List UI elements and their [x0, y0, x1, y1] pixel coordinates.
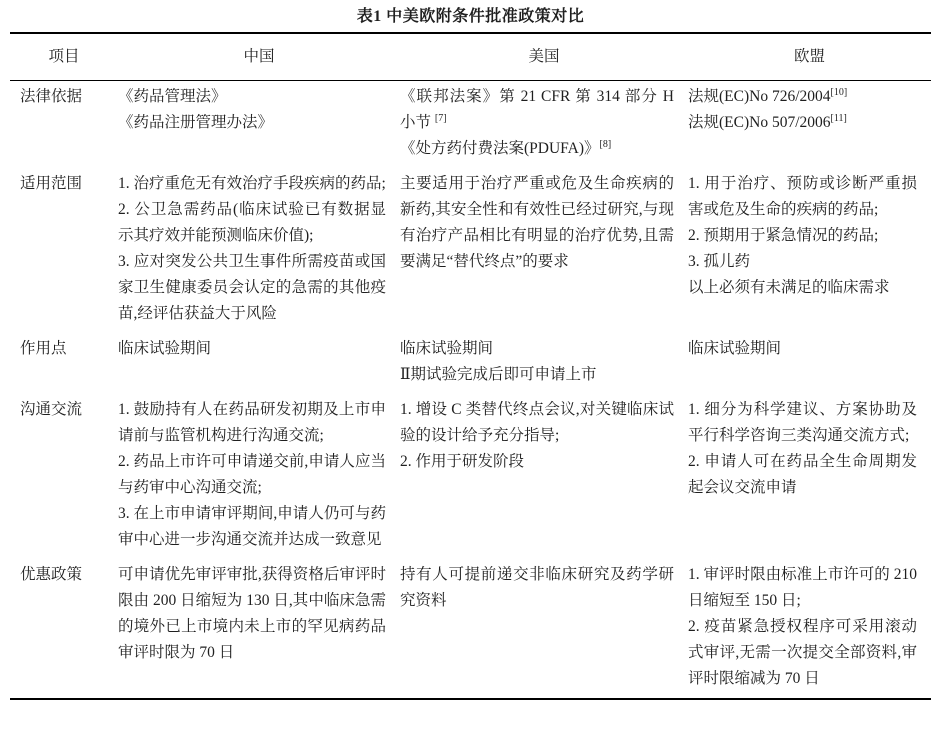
cell-text: 1. 细分为科学建议、方案协助及平行科学咨询三类沟通交流方式;: [688, 397, 917, 449]
cell-action-point-usa: 临床试验期间Ⅱ期试验完成后即可申请上市: [400, 333, 688, 394]
cell-text: 1. 鼓励持有人在药品研发初期及上市申请前与监管机构进行沟通交流;: [118, 397, 386, 449]
table-row-preferential-policy: 优惠政策可申请优先审评审批,获得资格后审评时限由 200 日缩短为 130 日,…: [10, 559, 931, 699]
cell-scope-of-application-usa: 主要适用于治疗严重或危及生命疾病的新药,其安全性和有效性已经过研究,与现有治疗产…: [400, 168, 688, 333]
cell-text: 3. 在上市申请审评期间,申请人仍可与药审中心进一步沟通交流并达成一致意见: [118, 501, 386, 553]
table-title: 表1 中美欧附条件批准政策对比: [0, 0, 941, 32]
cell-text: 持有人可提前递交非临床研究及药学研究资料: [400, 562, 674, 614]
table-row-legal-basis: 法律依据《药品管理法》《药品注册管理办法》《联邦法案》第 21 CFR 第 31…: [10, 81, 931, 169]
cell-text: 可申请优先审评审批,获得资格后审评时限由 200 日缩短为 130 日,其中临床…: [118, 562, 386, 666]
citation-ref: [8]: [600, 139, 612, 150]
cell-action-point-china: 临床试验期间: [118, 333, 400, 394]
cell-text: 《药品管理法》: [118, 84, 386, 110]
table-row-scope-of-application: 适用范围1. 治疗重危无有效治疗手段疾病的药品;2. 公卫急需药品(临床试验已有…: [10, 168, 931, 333]
cell-preferential-policy-usa: 持有人可提前递交非临床研究及药学研究资料: [400, 559, 688, 699]
cell-text: 2. 作用于研发阶段: [400, 449, 674, 475]
cell-text: 主要适用于治疗严重或危及生命疾病的新药,其安全性和有效性已经过研究,与现有治疗产…: [400, 171, 674, 275]
cell-scope-of-application-china: 1. 治疗重危无有效治疗手段疾病的药品;2. 公卫急需药品(临床试验已有数据显示…: [118, 168, 400, 333]
cell-text: 法规(EC)No 726/2004[10]: [688, 84, 917, 110]
cell-communication-china: 1. 鼓励持有人在药品研发初期及上市申请前与监管机构进行沟通交流;2. 药品上市…: [118, 394, 400, 559]
row-label-legal-basis: 法律依据: [10, 81, 118, 169]
cell-text: 2. 预期用于紧急情况的药品;: [688, 223, 917, 249]
column-header-2: 美国: [400, 33, 688, 81]
cell-text: 1. 治疗重危无有效治疗手段疾病的药品;: [118, 171, 386, 197]
cell-text: 2. 公卫急需药品(临床试验已有数据显示其疗效并能预测临床价值);: [118, 197, 386, 249]
cell-text: 1. 增设 C 类替代终点会议,对关键临床试验的设计给予充分指导;: [400, 397, 674, 449]
cell-text: 《处方药付费法案(PDUFA)》[8]: [400, 136, 674, 162]
comparison-table: 项目中国美国欧盟 法律依据《药品管理法》《药品注册管理办法》《联邦法案》第 21…: [10, 32, 931, 700]
cell-scope-of-application-eu: 1. 用于治疗、预防或诊断严重损害或危及生命的疾病的药品;2. 预期用于紧急情况…: [688, 168, 931, 333]
cell-text: 临床试验期间: [688, 336, 917, 362]
cell-text: 2. 疫苗紧急授权程序可采用滚动式审评,无需一次提交全部资料,审评时限缩减为 7…: [688, 614, 917, 692]
cell-action-point-eu: 临床试验期间: [688, 333, 931, 394]
cell-text: 临床试验期间: [400, 336, 674, 362]
cell-text: 3. 孤儿药: [688, 249, 917, 275]
column-header-1: 中国: [118, 33, 400, 81]
citation-ref: [11]: [831, 113, 847, 124]
cell-text: 以上必须有未满足的临床需求: [688, 275, 917, 301]
row-label-action-point: 作用点: [10, 333, 118, 394]
row-label-communication: 沟通交流: [10, 394, 118, 559]
cell-legal-basis-usa: 《联邦法案》第 21 CFR 第 314 部分 H 小节 [7]《处方药付费法案…: [400, 81, 688, 169]
paper-table-page: 表1 中美欧附条件批准政策对比 项目中国美国欧盟 法律依据《药品管理法》《药品注…: [0, 0, 941, 746]
table-row-action-point: 作用点临床试验期间临床试验期间Ⅱ期试验完成后即可申请上市临床试验期间: [10, 333, 931, 394]
cell-text: 《药品注册管理办法》: [118, 110, 386, 136]
cell-text: 1. 用于治疗、预防或诊断严重损害或危及生命的疾病的药品;: [688, 171, 917, 223]
cell-legal-basis-eu: 法规(EC)No 726/2004[10]法规(EC)No 507/2006[1…: [688, 81, 931, 169]
cell-text: 2. 申请人可在药品全生命周期发起会议交流申请: [688, 449, 917, 501]
row-label-scope-of-application: 适用范围: [10, 168, 118, 333]
header-row: 项目中国美国欧盟: [10, 33, 931, 81]
cell-text: 3. 应对突发公共卫生事件所需疫苗或国家卫生健康委员会认定的急需的其他疫苗,经评…: [118, 249, 386, 327]
column-header-0: 项目: [10, 33, 118, 81]
citation-ref: [10]: [831, 87, 848, 98]
cell-communication-eu: 1. 细分为科学建议、方案协助及平行科学咨询三类沟通交流方式;2. 申请人可在药…: [688, 394, 931, 559]
column-header-3: 欧盟: [688, 33, 931, 81]
cell-text: 2. 药品上市许可申请递交前,申请人应当与药审中心沟通交流;: [118, 449, 386, 501]
table-row-communication: 沟通交流1. 鼓励持有人在药品研发初期及上市申请前与监管机构进行沟通交流;2. …: [10, 394, 931, 559]
cell-text: 1. 审评时限由标准上市许可的 210 日缩短至 150 日;: [688, 562, 917, 614]
cell-text: 临床试验期间: [118, 336, 386, 362]
cell-preferential-policy-china: 可申请优先审评审批,获得资格后审评时限由 200 日缩短为 130 日,其中临床…: [118, 559, 400, 699]
cell-communication-usa: 1. 增设 C 类替代终点会议,对关键临床试验的设计给予充分指导;2. 作用于研…: [400, 394, 688, 559]
cell-preferential-policy-eu: 1. 审评时限由标准上市许可的 210 日缩短至 150 日;2. 疫苗紧急授权…: [688, 559, 931, 699]
table-body: 法律依据《药品管理法》《药品注册管理办法》《联邦法案》第 21 CFR 第 31…: [10, 81, 931, 700]
row-label-preferential-policy: 优惠政策: [10, 559, 118, 699]
citation-ref: [7]: [435, 113, 447, 124]
cell-text: Ⅱ期试验完成后即可申请上市: [400, 362, 674, 388]
cell-text: 《联邦法案》第 21 CFR 第 314 部分 H 小节 [7]: [400, 84, 674, 136]
cell-text: 法规(EC)No 507/2006[11]: [688, 110, 917, 136]
cell-legal-basis-china: 《药品管理法》《药品注册管理办法》: [118, 81, 400, 169]
